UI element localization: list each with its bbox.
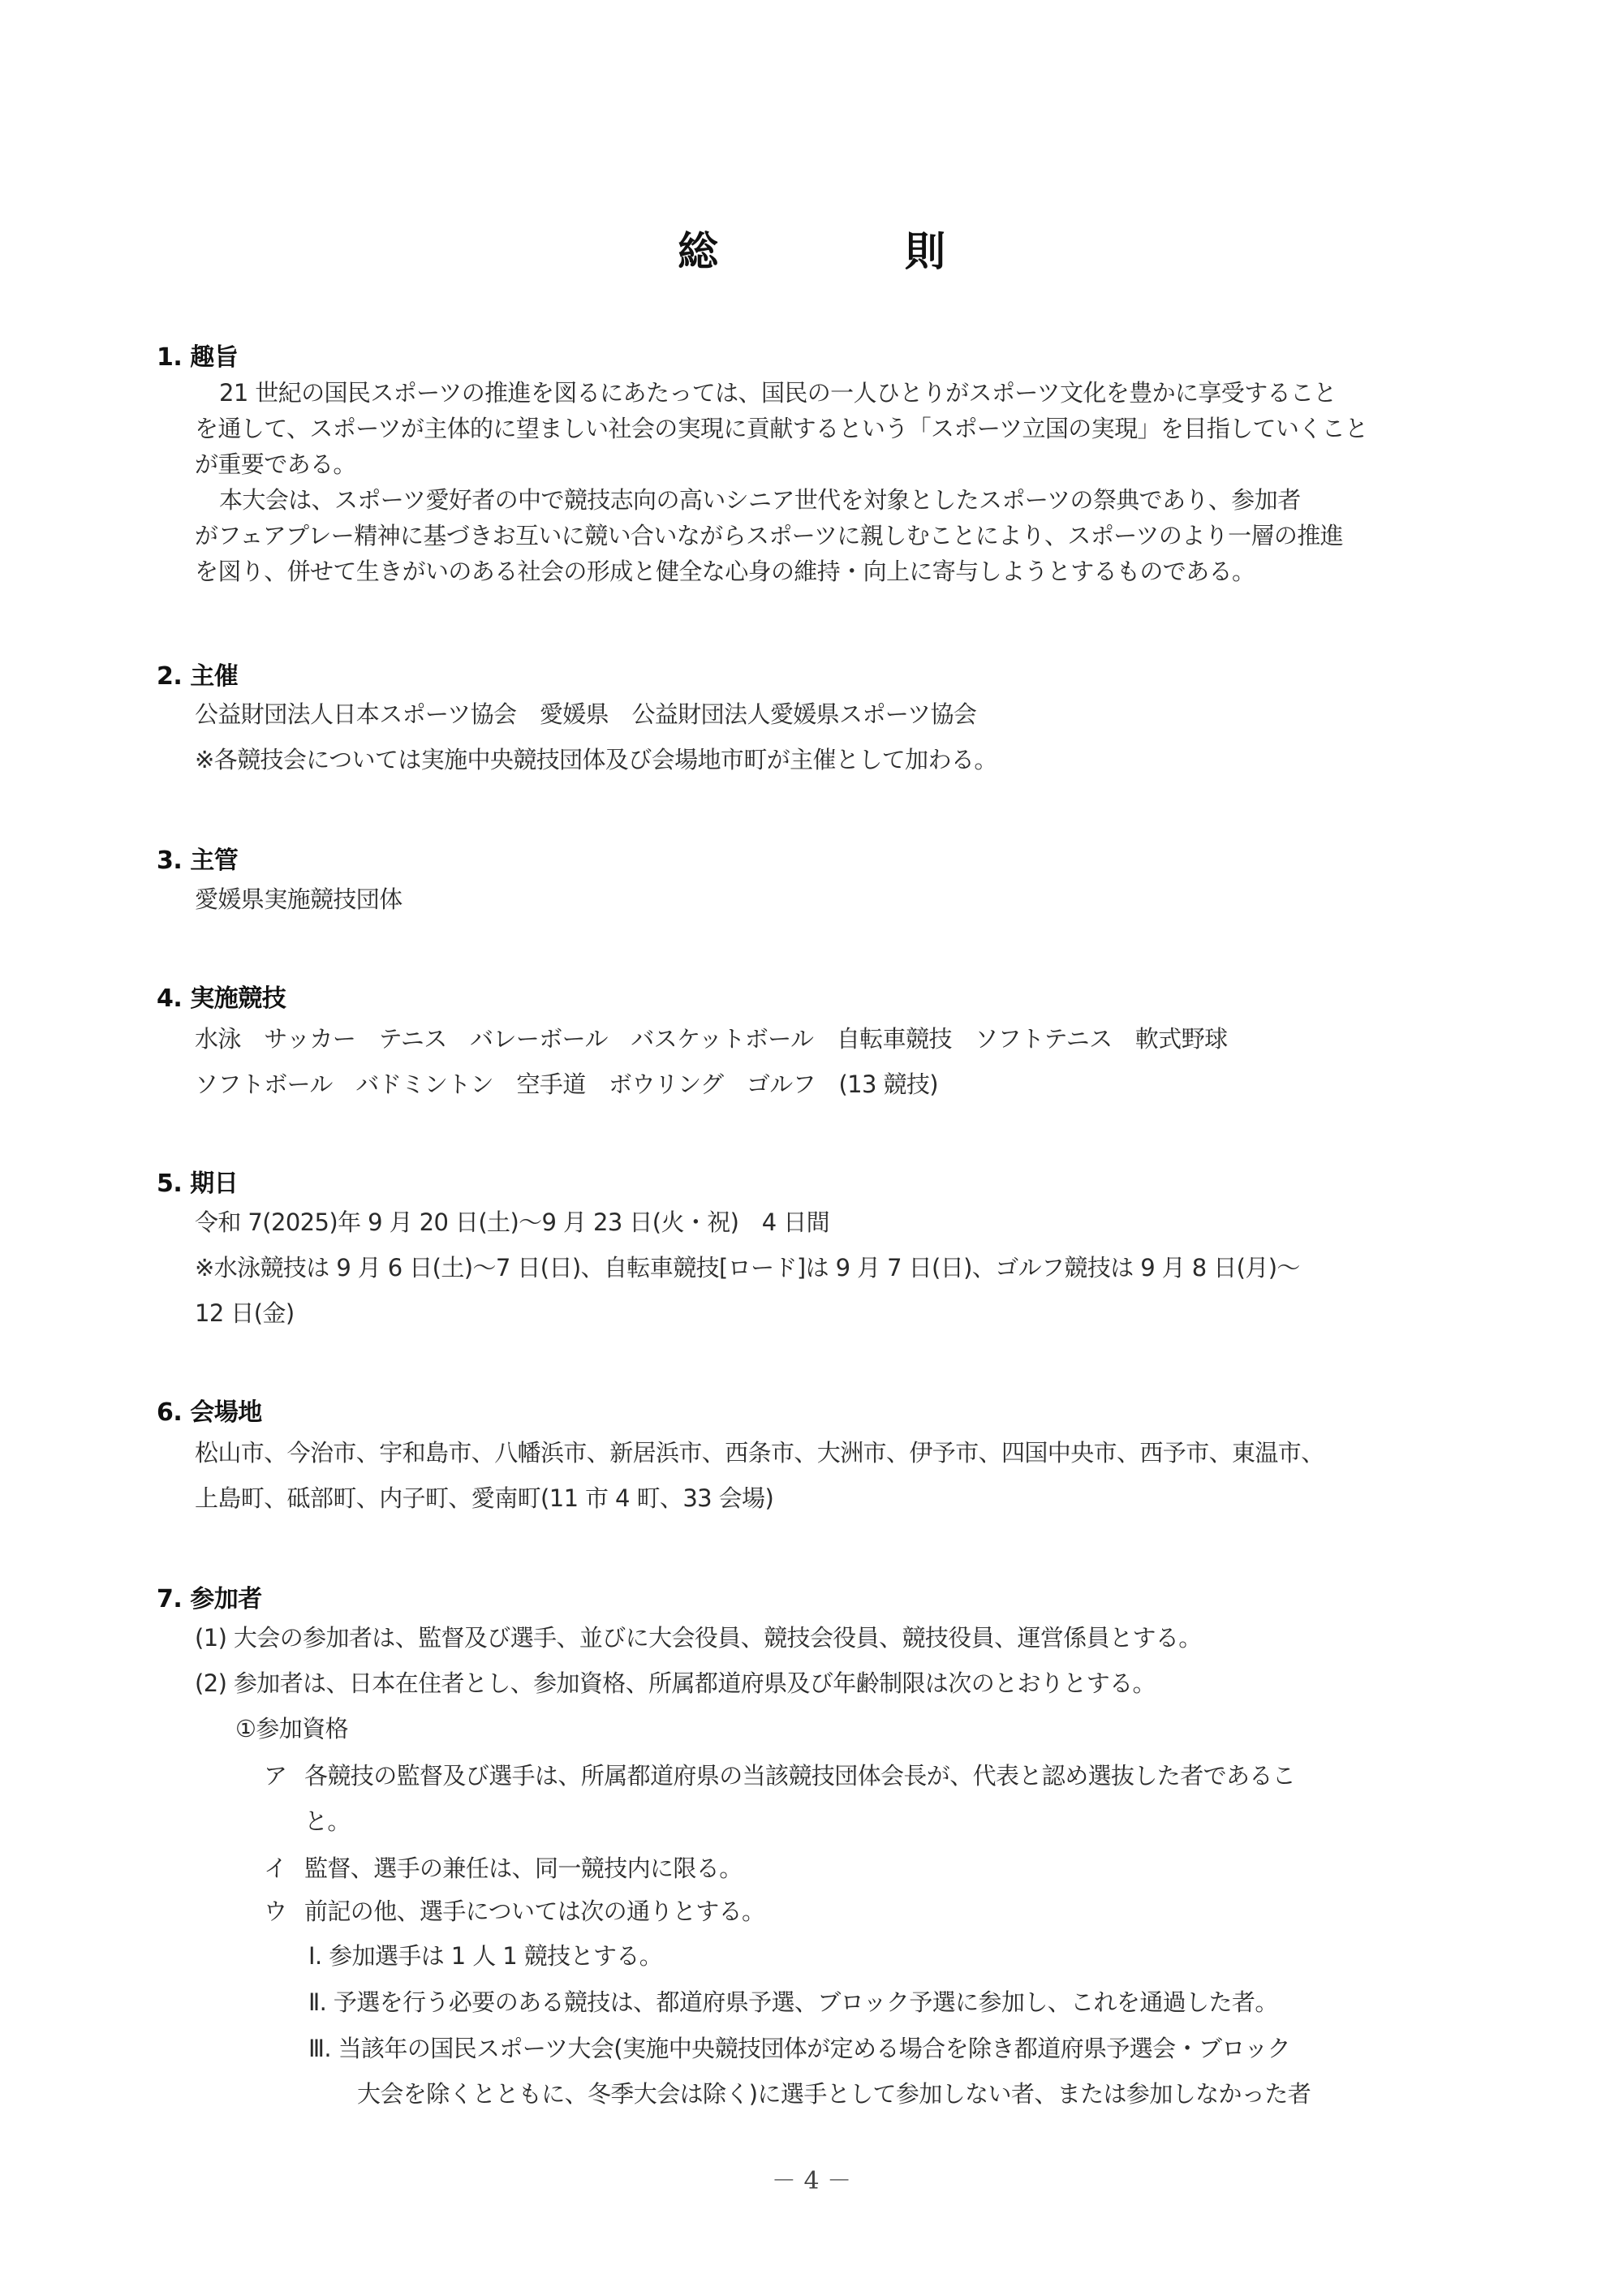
sports-list-line: 水泳 サッカー テニス バレーボール バスケットボール 自転車競技 ソフトテニス… xyxy=(195,1024,1228,1053)
eligibility-item-u: 前記の他、選手については次の通りとする。 xyxy=(304,1897,764,1926)
participants-item-1: (1) 大会の参加者は、監督及び選手、並びに大会役員、競技会役員、競技役員、運営… xyxy=(195,1623,1202,1652)
section-heading-dates: 5. 期日 xyxy=(157,1163,238,1199)
dates-line: 令和 7(2025)年 9 月 20 日(土)～9 月 23 日(火・祝) 4 … xyxy=(195,1208,829,1237)
roman-item-2: Ⅱ. 予選を行う必要のある競技は、都道府県予選、ブロック予選に参加し、これを通過… xyxy=(308,1988,1278,2017)
paragraph-line: が重要である。 xyxy=(195,450,356,479)
list-marker-a: ア xyxy=(264,1761,286,1790)
paragraph-line: がフェアプレー精神に基づきお互いに競い合いながらスポーツに親しむことにより、スポ… xyxy=(195,521,1343,550)
roman-item-1: Ⅰ. 参加選手は 1 人 1 競技とする。 xyxy=(308,1941,662,1971)
page-title: 総 則 xyxy=(0,219,1623,278)
roman-item-3: Ⅲ. 当該年の国民スポーツ大会(実施中央競技団体が定める場合を除き都道府県予選会… xyxy=(308,2034,1290,2063)
management-line: 愛媛県実施競技団体 xyxy=(195,885,403,914)
organizers-note: ※各競技会については実施中央競技団体及び会場地市町が主催として加わる。 xyxy=(195,745,997,774)
section-heading-sports: 4. 実施競技 xyxy=(157,978,286,1014)
eligibility-item-i: 監督、選手の兼任は、同一競技内に限る。 xyxy=(304,1854,743,1883)
section-heading-management: 3. 主管 xyxy=(157,840,238,876)
section-heading-organizer: 2. 主催 xyxy=(157,656,238,691)
section-heading-participants: 7. 参加者 xyxy=(157,1579,262,1614)
section-heading-venues: 6. 会場地 xyxy=(157,1392,262,1428)
eligibility-heading: ①参加資格 xyxy=(235,1714,348,1743)
organizers-line: 公益財団法人日本スポーツ協会 愛媛県 公益財団法人愛媛県スポーツ協会 xyxy=(195,700,976,729)
document-page: 総 則 1. 趣旨 21 世紀の国民スポーツの推進を図るにあたっては、国民の一人… xyxy=(0,0,1623,2296)
eligibility-item-a-cont: と。 xyxy=(304,1807,351,1836)
dates-note: 12 日(金) xyxy=(195,1299,295,1328)
section-heading-purpose: 1. 趣旨 xyxy=(157,337,238,373)
list-marker-u: ウ xyxy=(264,1897,286,1926)
list-marker-i: イ xyxy=(264,1854,286,1883)
eligibility-item-a: 各競技の監督及び選手は、所属都道府県の当該競技団体会長が、代表と認め選抜した者で… xyxy=(304,1761,1295,1790)
participants-item-2: (2) 参加者は、日本在住者とし、参加資格、所属都道府県及び年齢制限は次のとおり… xyxy=(195,1669,1156,1698)
venues-line: 松山市、今治市、宇和島市、八幡浜市、新居浜市、西条市、大洲市、伊予市、四国中央市… xyxy=(195,1438,1324,1467)
venues-line: 上島町、砥部町、内子町、愛南町(11 市 4 町、33 会場) xyxy=(195,1484,773,1513)
paragraph-line: 本大会は、スポーツ愛好者の中で競技志向の高いシニア世代を対象としたスポーツの祭典… xyxy=(219,485,1300,515)
paragraph-line: を図り、併せて生きがいのある社会の形成と健全な心身の維持・向上に寄与しようとする… xyxy=(195,557,1255,586)
dates-note: ※水泳競技は 9 月 6 日(土)～7 日(日)、自転車競技[ロード]は 9 月… xyxy=(195,1253,1300,1282)
paragraph-line: を通して、スポーツが主体的に望ましい社会の実現に貢献するという「スポーツ立国の実… xyxy=(195,414,1368,443)
paragraph-line: 21 世紀の国民スポーツの推進を図るにあたっては、国民の一人ひとりがスポーツ文化… xyxy=(219,378,1337,407)
sports-list-line: ソフトボール バドミントン 空手道 ボウリング ゴルフ (13 競技) xyxy=(195,1070,938,1099)
roman-item-3-cont: 大会を除くとともに、冬季大会は除く)に選手として参加しない者、または参加しなかっ… xyxy=(357,2079,1311,2109)
page-number: － 4 － xyxy=(0,2160,1623,2196)
